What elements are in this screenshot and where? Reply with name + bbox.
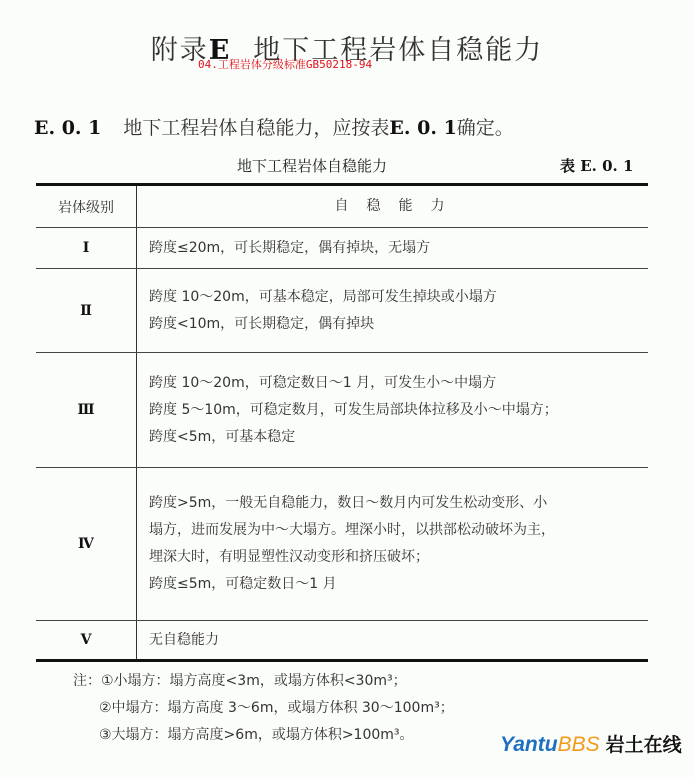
watermark-text: 04.工程岩体分级标准GB50218-94 — [198, 56, 372, 72]
clause-table-ref: E. 0. 1 — [389, 117, 456, 139]
description-line: 跨度<10m，可长期稳定，偶有掉块 — [149, 311, 648, 338]
table-row: Ⅲ 跨度 10～20m，可稳定数日～1 月，可发生小～中塌方 跨度 5～10m，… — [36, 353, 648, 468]
logo-cn: 岩土在线 — [606, 734, 682, 756]
description-line: 跨度 10～20m，可基本稳定，局部可发生掉块或小塌方 — [149, 284, 648, 311]
table-row: Ⅴ 无自稳能力 — [36, 621, 648, 661]
note-item: ②中塌方：塌方高度 3～6m，或塌方体积 30～100m³； — [73, 695, 454, 722]
grade-cell: Ⅰ — [83, 240, 90, 256]
clause-number: E. 0. 1 — [34, 117, 101, 139]
table-row: Ⅰ 跨度≤20m，可长期稳定，偶有掉块，无塌方 — [36, 228, 648, 269]
grade-cell: Ⅴ — [81, 632, 92, 648]
header-stability: 自稳能力 — [137, 185, 649, 228]
description-line: 塌方，进而发展为中～大塌方。埋深小时，以拱部松动破坏为主， — [149, 517, 648, 544]
description-line: 埋深大时，有明显塑性汉动变形和挤压破坏； — [149, 544, 648, 571]
note-prefix: 注： — [73, 673, 101, 689]
yantubbs-logo: YantuBBS岩土在线 — [500, 730, 682, 757]
stability-table: 岩体级别 自稳能力 Ⅰ 跨度≤20m，可长期稳定，偶有掉块，无塌方 Ⅱ 跨度 1… — [36, 183, 648, 662]
clause-text: 地下工程岩体自稳能力，应按表 — [123, 117, 389, 139]
clause-paragraph: E. 0. 1地下工程岩体自稳能力，应按表E. 0. 1确定。 — [34, 113, 514, 140]
table-caption: 地下工程岩体自稳能力 — [237, 155, 387, 176]
grade-cell: Ⅳ — [78, 536, 94, 552]
description-line: 跨度≤20m，可长期稳定，偶有掉块，无塌方 — [149, 235, 648, 262]
logo-bbs: BBS — [558, 733, 600, 756]
description-line: 跨度 5～10m，可稳定数月，可发生局部块体拉移及小～中塌方； — [149, 397, 648, 424]
grade-cell: Ⅲ — [77, 402, 94, 418]
description-line: 跨度≤5m，可稳定数日～1 月 — [149, 571, 648, 598]
table-header-row: 岩体级别 自稳能力 — [36, 185, 648, 228]
description-line: 无自稳能力 — [149, 627, 648, 654]
grade-cell: Ⅱ — [80, 303, 92, 319]
description-line: 跨度 10～20m，可稳定数日～1 月，可发生小～中塌方 — [149, 370, 648, 397]
description-line: 跨度>5m，一般无自稳能力，数日～数月内可发生松动变形、小 — [149, 490, 648, 517]
description-line: 跨度<5m，可基本稳定 — [149, 424, 648, 451]
table-row: Ⅱ 跨度 10～20m，可基本稳定，局部可发生掉块或小塌方 跨度<10m，可长期… — [36, 269, 648, 353]
table-row: Ⅳ 跨度>5m，一般无自稳能力，数日～数月内可发生松动变形、小 塌方，进而发展为… — [36, 468, 648, 621]
table-number: 表 E. 0. 1 — [560, 155, 633, 176]
header-grade: 岩体级别 — [36, 185, 137, 228]
logo-yantu: Yantu — [500, 733, 558, 756]
table-notes: 注：①小塌方：塌方高度<3m，或塌方体积<30m³； ②中塌方：塌方高度 3～6… — [73, 668, 454, 749]
note-item: 注：①小塌方：塌方高度<3m，或塌方体积<30m³； — [73, 668, 454, 695]
clause-text-end: 确定。 — [457, 117, 514, 139]
note-item: ③大塌方：塌方高度>6m，或塌方体积>100m³。 — [73, 722, 454, 749]
